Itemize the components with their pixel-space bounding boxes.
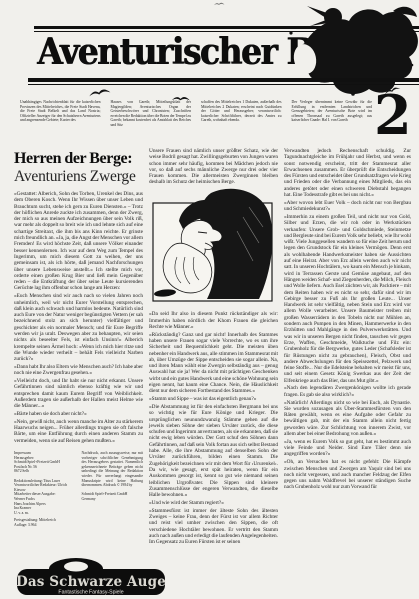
- teaser-column: Hauses von Gareth; Mitteilungsblatt der …: [111, 100, 192, 128]
- paragraph: «Dann habt Ihr also Eltern wie Menschen …: [14, 364, 143, 377]
- teaser-column: Der Verleger übernimmt keine Gewähr für …: [292, 100, 373, 128]
- teaser-column: Unabhängiges Nachrichtenblatt für die ka…: [20, 100, 101, 128]
- paragraph: Verwandten jedoch Rechenschaft schuldig.…: [284, 148, 411, 198]
- paragraph: «Ja, wenn es Eurem Volk so gut geht, hat…: [284, 439, 411, 458]
- newspaper-page: Aventurischer Bote 2 Unabhängiges Nachri…: [0, 0, 419, 599]
- headline-line-1: Herren der Berge:: [14, 150, 143, 168]
- article-headline: Herren der Berge: Aventuriens Zwerge: [14, 150, 143, 186]
- teaser-column: schaffen des Mittelreiches 1 Dukaten, au…: [201, 100, 282, 128]
- paragraph: «Rückständig? Ganz und gar nicht! Innerh…: [149, 332, 278, 395]
- paragraph: «Und wie wird der Stamm regiert?»: [149, 500, 278, 506]
- logo-title: Das Schwarze Auge: [16, 574, 166, 590]
- masthead-teaser: Unabhängiges Nachrichtenblatt für die ka…: [20, 100, 372, 128]
- impressum: Impressum Herausgeber: Schmidt Spiel+Fre…: [14, 451, 143, 515]
- paragraph: «Da seid Ihr also in diesem Punkt rückst…: [149, 311, 278, 330]
- article-column-middle: Unsere Frauen sind nämlich unser größter…: [149, 148, 278, 599]
- paragraph: «Immerhin zu einem großen Teil, und nich…: [284, 214, 411, 384]
- article-column-right: Verwandten jedoch Rechenschaft schuldig.…: [284, 148, 411, 599]
- paragraph: «Bärte haben sie doch aber nicht?»: [14, 411, 143, 417]
- impressum-block-a: Impressum Herausgeber: Schmidt Spiel+Fre…: [14, 451, 76, 515]
- paragraph: «Stamm und Sippe – was ist das eigentlic…: [149, 396, 278, 402]
- paragraph: «Nein, gewiß nicht, auch wenn manche im …: [14, 419, 143, 444]
- article-column-left: Herren der Berge: Aventuriens Zwerge «Ge…: [14, 150, 143, 599]
- das-schwarze-auge-logo: Das Schwarze Auge Fantastische Fantasy-S…: [16, 556, 166, 598]
- paragraph: Unsere Frauen sind nämlich unser größter…: [149, 148, 278, 186]
- paragraph: «Die Abstammung ist für den einfachsten …: [149, 404, 278, 498]
- paragraph: «Oh, an Versuchen hat es nicht gefehlt: …: [284, 459, 411, 490]
- paragraph: «Gestattet: Alberich, Sohn des Torben, U…: [14, 191, 143, 292]
- impressum-footer: Preisgestaltung: Mittelreich Auflage: 3.…: [14, 518, 143, 527]
- bird-icon: [87, 85, 112, 97]
- masthead-rule-bottom: [28, 78, 419, 85]
- paragraph: «Nach den legendären Zwergenkönigen woll…: [284, 385, 411, 398]
- paragraph: «Natürlich! Allerdings nicht so wie bei …: [284, 400, 411, 438]
- paragraph: «Euch Menschen sind wir auch nach so vie…: [14, 293, 143, 362]
- issue-number: 2: [374, 88, 412, 142]
- dwarf-portrait-illustration: [149, 187, 278, 309]
- paragraph: «Aber wovon lebt Euer Volk – doch nicht …: [284, 200, 411, 213]
- logo-subtitle: Fantastische Fantasy-Spiele: [58, 590, 123, 596]
- impressum-block-b: Nachdruck, auch auszugsweise, nur mit vo…: [82, 451, 144, 515]
- paragraph: «Stammesfürst ist immer der älteste Sohn…: [149, 508, 278, 546]
- headline-line-2: Aventuriens Zwerge: [14, 168, 143, 186]
- bird-icon: [214, 1, 225, 6]
- paragraph: «Vielleicht doch, und Ihr habt sie nur n…: [14, 378, 143, 409]
